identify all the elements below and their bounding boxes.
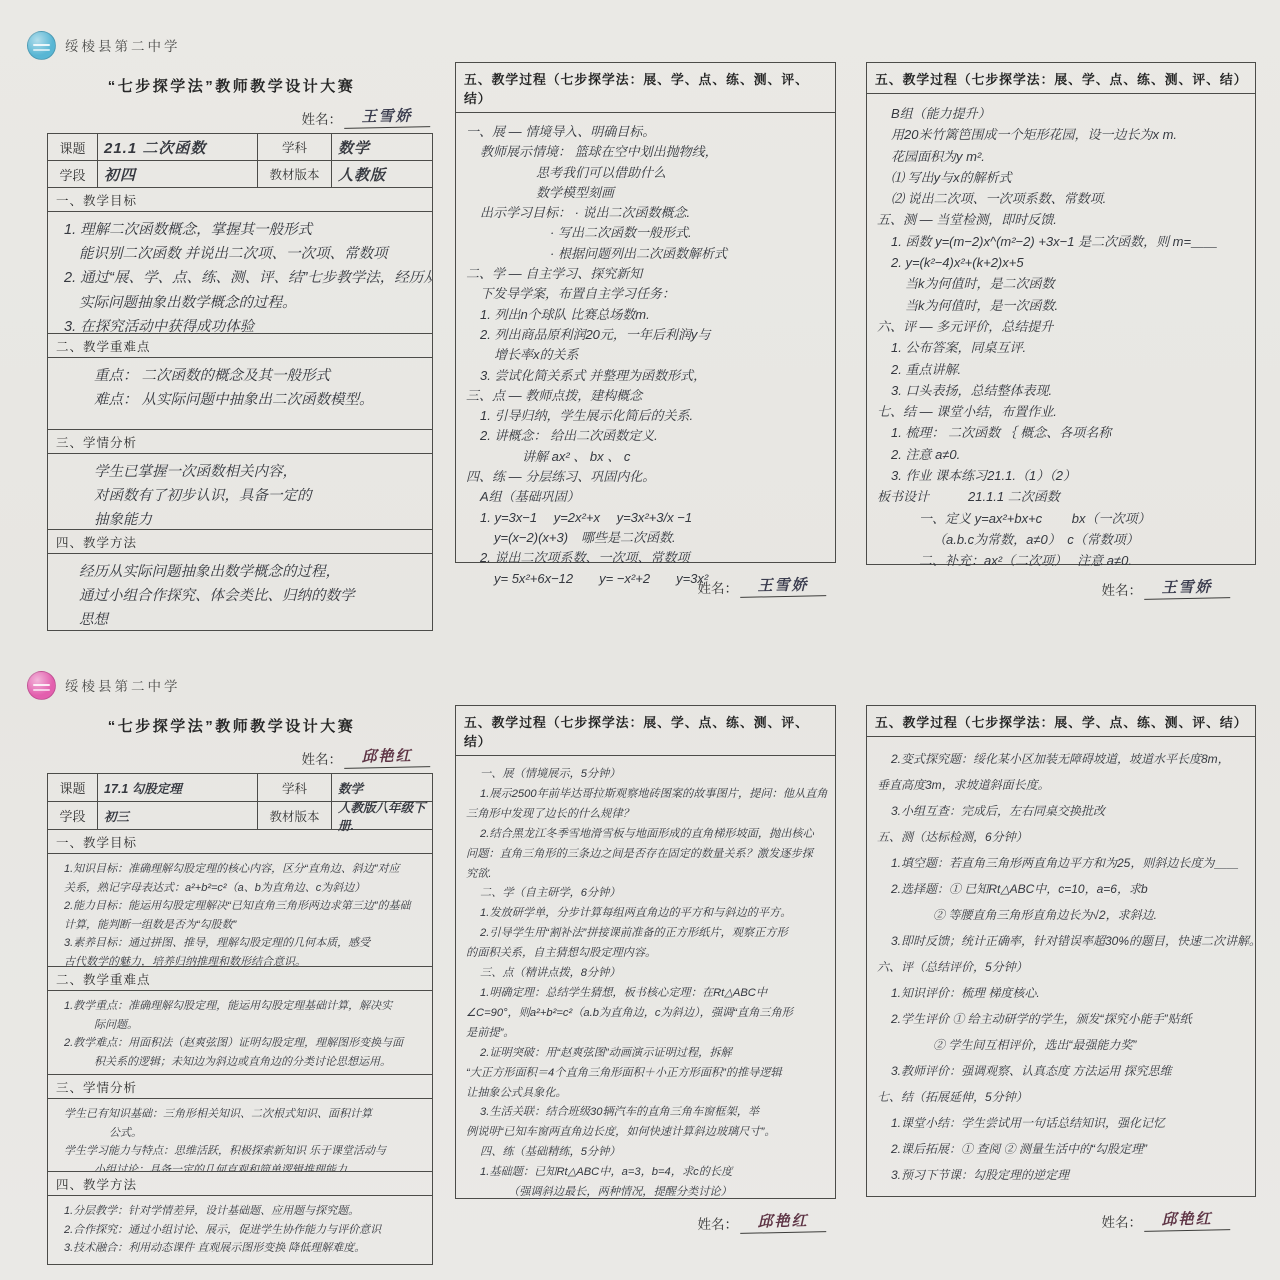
handwriting-line: 2.证明突破：用“赵爽弦图”动画演示证明过程，拆解	[466, 1044, 831, 1064]
handwriting-line: 1. 梳理： 二次函数 ｛ 概念、各项名称	[877, 422, 1251, 443]
handwriting-line: B组（能力提升）	[877, 103, 1251, 124]
teacher-signature: 王雪娇	[1144, 575, 1230, 600]
handwriting-line: 际问题。	[64, 1016, 426, 1035]
lesson-plan-table: 课题17.1 勾股定理学科数学学段初三教材版本人教版八年级下册.一、教学目标1.…	[47, 773, 433, 1265]
handwriting-line: 当k为何值时，是二次函数	[877, 273, 1251, 294]
handwriting-line: 1.发放研学单，分步计算每组两直角边的平方和与斜边的平方。	[466, 904, 831, 924]
handwriting-line: 垂直高度3m，求坡道斜面长度。	[877, 772, 1251, 798]
field-value: 初三	[98, 802, 258, 829]
process-section-header: 五、教学过程（七步探学法：展、学、点、练、测、评、结）	[456, 706, 835, 756]
school-header: 绥棱县第二中学	[25, 28, 438, 62]
handwriting-line: 1. y=3x−1 y=2x²+x y=3x²+3/x −1	[466, 508, 831, 528]
handwriting-line: y=(x−2)(x+3) 哪些是二次函数.	[466, 528, 831, 548]
name-row: 姓名：邱艳红	[866, 1208, 1256, 1231]
section-body: 1. 理解二次函数概念，掌握其一般形式能识别二次函数 并说出二次项、一次项、常数…	[48, 212, 432, 334]
section-body: 学生已掌握一次函数相关内容，对函数有了初步认识，具备一定的抽象能力	[48, 454, 432, 530]
field-value: 17.1 勾股定理	[98, 774, 258, 801]
competition-title: “七步探学法”教师教学设计大赛	[25, 75, 438, 96]
field-label: 课题	[48, 774, 98, 801]
field-value: 人教版八年级下册.	[332, 802, 432, 829]
handwriting-line: 问题：直角三角形的三条边之间是否存在固定的数量关系？激发逐步探	[466, 845, 831, 865]
handwriting-line: 七、结 — 课堂小结，布置作业.	[877, 401, 1251, 422]
name-row: 姓名：邱艳红	[455, 1210, 836, 1233]
field-label: 教材版本	[258, 161, 332, 187]
handwriting-line: 究欲.	[466, 865, 831, 885]
handwriting-line: 六、评 — 多元评价，总结提升	[877, 316, 1251, 337]
handwriting-line: 1.明确定理：总结学生猜想，板书核心定理：在Rt△ABC中	[466, 984, 831, 1004]
field-label: 学段	[48, 802, 98, 829]
handwriting-line: 六、评（总结评价，5分钟）	[877, 954, 1251, 980]
handwriting-line: 2.教学难点：用面积法（赵爽弦图）证明勾股定理，理解图形变换与面	[64, 1034, 426, 1053]
handwriting-line: 计算，能判断一组数是否为“勾股数”	[64, 916, 426, 935]
handwriting-line: 3. 在探究活动中获得成功体验	[64, 315, 426, 334]
handwriting-line: 3.教师评价：强调观察、认真态度 方法运用 探究思维	[877, 1058, 1251, 1084]
handwriting-line: 1.基础题：已知Rt△ABC中，a=3，b=4，求c的长度	[466, 1163, 831, 1183]
handwriting-line: 2. 通过“展、学、点、练、测、评、结”七步教学法，经历从	[64, 266, 426, 290]
handwriting-line: 一、展（情境展示，5分钟）	[466, 765, 831, 785]
field-label: 学科	[258, 134, 332, 160]
name-row: 姓名：邱艳红	[25, 745, 430, 768]
handwriting-line: 3.生活关联：结合班级30辆汽车的直角三角车窗框架，举	[466, 1103, 831, 1123]
handwriting-line: 板书设计 21.1.1 二次函数	[877, 486, 1251, 507]
handwriting-line: 1.分层教学：针对学情差异，设计基础题、应用题与探究题。	[64, 1202, 426, 1221]
process-body: 一、展 — 情境导入、明确目标。教师展示情境： 篮球在空中划出抛物线，思考我们可…	[456, 113, 835, 593]
handwriting-line: 一、展 — 情境导入、明确目标。	[466, 122, 831, 142]
handwriting-line: 通过小组合作探究、体会类比、归纳的数学	[64, 584, 426, 608]
handwriting-line: 当k为何值时，是一次函数.	[877, 295, 1251, 316]
handwriting-line: 的面积关系，自主猜想勾股定理内容。	[466, 944, 831, 964]
handwriting-line: 二、补充：ax²（二次项） 注意 a≠0.	[877, 550, 1251, 571]
handwriting-line: 2.引导学生用“割补法”拼接课前准备的正方形纸片，观察正方形	[466, 924, 831, 944]
handwriting-line: · 根据问题列出二次函数解析式	[466, 244, 831, 264]
section-body: 1.分层教学：针对学情差异，设计基础题、应用题与探究题。2.合作探究：通过小组讨…	[48, 1196, 432, 1264]
name-label: 姓名：	[698, 1213, 739, 1233]
process-body: 一、展（情境展示，5分钟）1.展示2500年前毕达哥拉斯观察地砖图案的故事图片，…	[456, 756, 835, 1207]
handwriting-line: 3. 作业 课本练习21.1.（1）（2）	[877, 465, 1251, 486]
form-field-row: 学段初四教材版本人教版	[48, 161, 432, 188]
handwriting-line: 1. 函数 y=(m−2)x^(m²−2) +3x−1 是二次函数，则 m=＿＿	[877, 231, 1251, 252]
handwriting-line: 2.结合黑龙江冬季雪地滑雪板与地面形成的直角梯形坡面，抛出核心	[466, 825, 831, 845]
handwriting-line: 2.变式探究题：绥化某小区加装无障碍坡道，坡道水平长度8m，	[877, 746, 1251, 772]
handwriting-line: 对函数有了初步认识，具备一定的	[64, 484, 426, 508]
name-label: 姓名：	[698, 577, 739, 597]
handwriting-line: 花园面积为y m².	[877, 146, 1251, 167]
handwriting-line: · 写出二次函数一般形式.	[466, 223, 831, 243]
handwriting-line: 1. 公布答案，同桌互评.	[877, 337, 1251, 358]
field-value: 初四	[98, 161, 258, 187]
handwriting-line: 数学模型刻画	[466, 183, 831, 203]
process-section-header: 五、教学过程（七步探学法：展、学、点、练、测、评、结）	[867, 706, 1255, 737]
school-name: 绥棱县第二中学	[65, 675, 181, 695]
handwriting-line: 出示学习目标： · 说出二次函数概念.	[466, 203, 831, 223]
handwriting-line: 抽象能力	[64, 508, 426, 530]
section-body: 1.教学重点：准确理解勾股定理，能运用勾股定理基础计算，解决实际问题。2.教学难…	[48, 991, 432, 1075]
handwriting-line: 一、定义 y=ax²+bx+c bx（一次项）	[877, 508, 1251, 529]
handwriting-line: 1.知识目标：准确理解勾股定理的核心内容，区分“直角边、斜边”对应	[64, 860, 426, 879]
handwriting-line: 3.技术融合：利用动态课件 直观展示图形变换 降低理解难度。	[64, 1239, 426, 1258]
section-header: 一、教学目标	[48, 188, 432, 212]
handwriting-line: 3.小组互查：完成后，左右同桌交换批改	[877, 798, 1251, 824]
name-label: 姓名：	[1102, 1211, 1143, 1231]
name-label: 姓名：	[302, 108, 343, 128]
handwriting-line: 用20米竹篱笆围成一个矩形花园，设一边长为x m.	[877, 124, 1251, 145]
process-table: 五、教学过程（七步探学法：展、学、点、练、测、评、结）一、展（情境展示，5分钟）…	[455, 705, 836, 1199]
name-row: 姓名：王雪娇	[25, 105, 430, 128]
process-table: 五、教学过程（七步探学法：展、学、点、练、测、评、结）B组（能力提升）用20米竹…	[866, 62, 1256, 565]
handwriting-line: 三角形中发现了边长的什么规律？	[466, 805, 831, 825]
handwriting-line: 2.课后拓展：① 查阅 ② 测量生活中的“勾股定理”	[877, 1136, 1251, 1162]
competition-title: “七步探学法”教师教学设计大赛	[25, 715, 438, 736]
lesson-plan-table: 课题21.1 二次函数学科数学学段初四教材版本人教版一、教学目标1. 理解二次函…	[47, 133, 433, 631]
field-label: 教材版本	[258, 802, 332, 829]
section-body: 经历从实际问题抽象出数学概念的过程，通过小组合作探究、体会类比、归纳的数学思想	[48, 554, 432, 630]
handwriting-line: 讲解 ax² 、 bx 、 c	[466, 447, 831, 467]
name-label: 姓名：	[1102, 579, 1143, 599]
section-header: 二、教学重难点	[48, 967, 432, 991]
handwriting-line: 四、练（基础精练，5分钟）	[466, 1143, 831, 1163]
handwriting-line: 让抽象公式具象化。	[466, 1084, 831, 1104]
handwriting-line: ② 等腰直角三角形直角边长为√2，求斜边.	[877, 902, 1251, 928]
process-table: 五、教学过程（七步探学法：展、学、点、练、测、评、结）一、展 — 情境导入、明确…	[455, 62, 836, 563]
handwriting-line: 难点： 从实际问题中抽象出二次函数模型。	[64, 388, 426, 412]
handwriting-line: 三、点 — 教师点拨，建构概念	[466, 386, 831, 406]
handwriting-line: 2. y=(k²−4)x²+(k+2)x+5	[877, 252, 1251, 273]
handwriting-line: 学生已有知识基础：三角形相关知识、二次根式知识、面积计算	[64, 1105, 426, 1124]
handwriting-line: ∠C=90°，则a²+b²=c²（a.b为直角边，c为斜边），强调“直角三角形	[466, 1004, 831, 1024]
name-row: 姓名：王雪娇	[866, 576, 1256, 599]
handwriting-line: （a.b.c为常数，a≠0） c（常数项）	[877, 529, 1251, 550]
handwriting-line: ⑴ 写出y与x的解析式	[877, 167, 1251, 188]
section-body: 学生已有知识基础：三角形相关知识、二次根式知识、面积计算公式。学生学习能力与特点…	[48, 1099, 432, 1172]
field-label: 学科	[258, 774, 332, 801]
handwriting-line: 思想	[64, 608, 426, 630]
handwriting-line: 2.选择题：① 已知Rt△ABC中，c=10，a=6，求b	[877, 876, 1251, 902]
handwriting-line: 例说明“已知车窗两直角边长度，如何快速计算斜边玻璃尺寸”。	[466, 1123, 831, 1143]
process-body: B组（能力提升）用20米竹篱笆围成一个矩形花园，设一边长为x m.花园面积为y …	[867, 94, 1255, 576]
section-header: 一、教学目标	[48, 830, 432, 854]
section-header: 三、学情分析	[48, 1075, 432, 1099]
handwriting-line: 实际问题抽象出数学概念的过程。	[64, 291, 426, 315]
handwriting-line: （强调斜边最长，两种情况，提醒分类讨论）	[466, 1183, 831, 1203]
handwriting-line: 四、练 — 分层练习、巩固内化。	[466, 467, 831, 487]
handwriting-line: 是前提”。	[466, 1024, 831, 1044]
teacher-signature: 邱艳红	[740, 1209, 826, 1234]
handwriting-line: 1.知识评价：梳理 梯度核心.	[877, 980, 1251, 1006]
teacher-signature: 王雪娇	[740, 573, 826, 598]
handwriting-line: 2. 列出商品原利润20元，一年后利润y与	[466, 325, 831, 345]
school-name: 绥棱县第二中学	[65, 35, 181, 55]
handwriting-line: “大正方形面积＝4个直角三角形面积＋小正方形面积”的推导逻辑	[466, 1064, 831, 1084]
field-value: 数学	[332, 134, 432, 160]
handwriting-line: 2.能力目标：能运用勾股定理解决“已知直角三角形两边求第三边”的基础	[64, 897, 426, 916]
process-body: 2.变式探究题：绥化某小区加装无障碍坡道，坡道水平长度8m，垂直高度3m，求坡道…	[867, 737, 1255, 1192]
section-header: 三、学情分析	[48, 430, 432, 454]
handwriting-line: 七、结（拓展延伸，5分钟）	[877, 1084, 1251, 1110]
handwriting-line: 3. 尝试化简关系式 并整理为函数形式，	[466, 366, 831, 386]
handwriting-line: 经历从实际问题抽象出数学概念的过程，	[64, 560, 426, 584]
handwriting-line: 3.预习下节课：勾股定理的逆定理	[877, 1162, 1251, 1188]
handwriting-line: 思考我们可以借助什么	[466, 163, 831, 183]
teaching-process-page: 五、教学过程（七步探学法：展、学、点、练、测、评、结）一、展 — 情境导入、明确…	[455, 62, 836, 597]
handwriting-line: 公式。	[64, 1124, 426, 1143]
handwriting-line: 小组讨论；具备一定的几何直观和简单逻辑推理能力	[64, 1161, 426, 1172]
handwriting-line: 1.教学重点：准确理解勾股定理，能运用勾股定理基础计算，解决实	[64, 997, 426, 1016]
field-label: 学段	[48, 161, 98, 187]
handwriting-line: 积关系的逻辑；未知边为斜边或直角边的分类讨论思想运用。	[64, 1053, 426, 1072]
teaching-process-page: 五、教学过程（七步探学法：展、学、点、练、测、评、结）一、展（情境展示，5分钟）…	[455, 705, 836, 1233]
handwriting-line: 1.填空题：若直角三角形两直角边平方和为25，则斜边长度为＿＿	[877, 850, 1251, 876]
handwriting-line: 教师展示情境： 篮球在空中划出抛物线，	[466, 142, 831, 162]
handwriting-line: 重点： 二次函数的概念及其一般形式	[64, 364, 426, 388]
handwriting-line: 1. 列出n个球队 比赛总场数m.	[466, 305, 831, 325]
section-header: 四、教学方法	[48, 1172, 432, 1196]
scanned-lesson-plans-canvas: 绥棱县第二中学“七步探学法”教师教学设计大赛姓名：王雪娇课题21.1 二次函数学…	[0, 0, 1280, 1280]
teacher-signature: 邱艳红	[344, 744, 430, 769]
handwriting-line: 2. 重点讲解.	[877, 359, 1251, 380]
school-logo-icon	[27, 671, 56, 700]
handwriting-line: 2.学生评价 ① 给主动研学的学生，颁发“探究小能手”贴纸	[877, 1006, 1251, 1032]
handwriting-line: 关系，熟记字母表达式：a²+b²=c²（a、b为直角边、c为斜边）	[64, 879, 426, 898]
process-section-header: 五、教学过程（七步探学法：展、学、点、练、测、评、结）	[456, 63, 835, 113]
field-value: 21.1 二次函数	[98, 134, 258, 160]
handwriting-line: 2.合作探究：通过小组讨论、展示，促进学生协作能力与评价意识	[64, 1221, 426, 1240]
form-field-row: 学段初三教材版本人教版八年级下册.	[48, 802, 432, 830]
section-header: 四、教学方法	[48, 530, 432, 554]
handwriting-line: 3. 口头表扬，总结整体表现.	[877, 380, 1251, 401]
handwriting-line: 二、学 — 自主学习、探究新知	[466, 264, 831, 284]
handwriting-line: 1. 引导归纳，学生展示化简后的关系.	[466, 406, 831, 426]
handwriting-line: 1.课堂小结：学生尝试用一句话总结知识，强化记忆	[877, 1110, 1251, 1136]
form-field-row: 课题21.1 二次函数学科数学	[48, 134, 432, 161]
teacher-signature: 王雪娇	[344, 104, 430, 129]
handwriting-line: 二、学（自主研学，6分钟）	[466, 884, 831, 904]
handwriting-line: 五、测（达标检测，6分钟）	[877, 824, 1251, 850]
section-body: 重点： 二次函数的概念及其一般形式难点： 从实际问题中抽象出二次函数模型。	[48, 358, 432, 430]
school-logo-icon	[27, 31, 56, 60]
handwriting-line: 3.素养目标：通过拼图、推导，理解勾股定理的几何本质，感受	[64, 934, 426, 953]
field-label: 课题	[48, 134, 98, 160]
handwriting-line: 2. 说出二次项系数、一次项、常数项	[466, 548, 831, 568]
handwriting-line: A组（基础巩固）	[466, 487, 831, 507]
handwriting-line: 1. 理解二次函数概念，掌握其一般形式	[64, 218, 426, 242]
teacher-signature: 邱艳红	[1144, 1207, 1230, 1232]
school-header: 绥棱县第二中学	[25, 668, 438, 702]
teaching-process-page: 五、教学过程（七步探学法：展、学、点、练、测、评、结）B组（能力提升）用20米竹…	[866, 62, 1256, 599]
handwriting-line: 古代数学的魅力，培养归纳推理和数形结合意识。	[64, 953, 426, 967]
teaching-process-page: 五、教学过程（七步探学法：展、学、点、练、测、评、结）2.变式探究题：绥化某小区…	[866, 705, 1256, 1231]
section-header: 二、教学重难点	[48, 334, 432, 358]
process-table: 五、教学过程（七步探学法：展、学、点、练、测、评、结）2.变式探究题：绥化某小区…	[866, 705, 1256, 1197]
handwriting-line: 增长率x的关系	[466, 345, 831, 365]
handwriting-line: 学生已掌握一次函数相关内容，	[64, 460, 426, 484]
name-label: 姓名：	[302, 748, 343, 768]
section-body: 1.知识目标：准确理解勾股定理的核心内容，区分“直角边、斜边”对应关系，熟记字母…	[48, 854, 432, 967]
field-value: 人教版	[332, 161, 432, 187]
handwriting-line: 1.展示2500年前毕达哥拉斯观察地砖图案的故事图片，提问：他从直角	[466, 785, 831, 805]
handwriting-line: 3.即时反馈；统计正确率，针对错误率超30%的题目，快速二次讲解。	[877, 928, 1251, 954]
handwriting-line: 能识别二次函数 并说出二次项、一次项、常数项	[64, 242, 426, 266]
handwriting-line: 下发导学案，布置自主学习任务：	[466, 284, 831, 304]
lesson-plan-form-page: 绥棱县第二中学“七步探学法”教师教学设计大赛姓名：邱艳红课题17.1 勾股定理学…	[25, 668, 438, 1265]
handwriting-line: 五、测 — 当堂检测，即时反馈.	[877, 209, 1251, 230]
handwriting-line: ⑵ 说出二次项、一次项系数、常数项.	[877, 188, 1251, 209]
handwriting-line: 2. 注意 a≠0.	[877, 444, 1251, 465]
handwriting-line: ② 学生间互相评价，选出“最强能力奖”	[877, 1032, 1251, 1058]
lesson-plan-form-page: 绥棱县第二中学“七步探学法”教师教学设计大赛姓名：王雪娇课题21.1 二次函数学…	[25, 28, 438, 631]
process-section-header: 五、教学过程（七步探学法：展、学、点、练、测、评、结）	[867, 63, 1255, 94]
handwriting-line: 学生学习能力与特点：思维活跃，积极探索新知识 乐于课堂活动与	[64, 1142, 426, 1161]
handwriting-line: 2. 讲概念： 给出二次函数定义.	[466, 426, 831, 446]
handwriting-line: 三、点（精讲点拨，8分钟）	[466, 964, 831, 984]
